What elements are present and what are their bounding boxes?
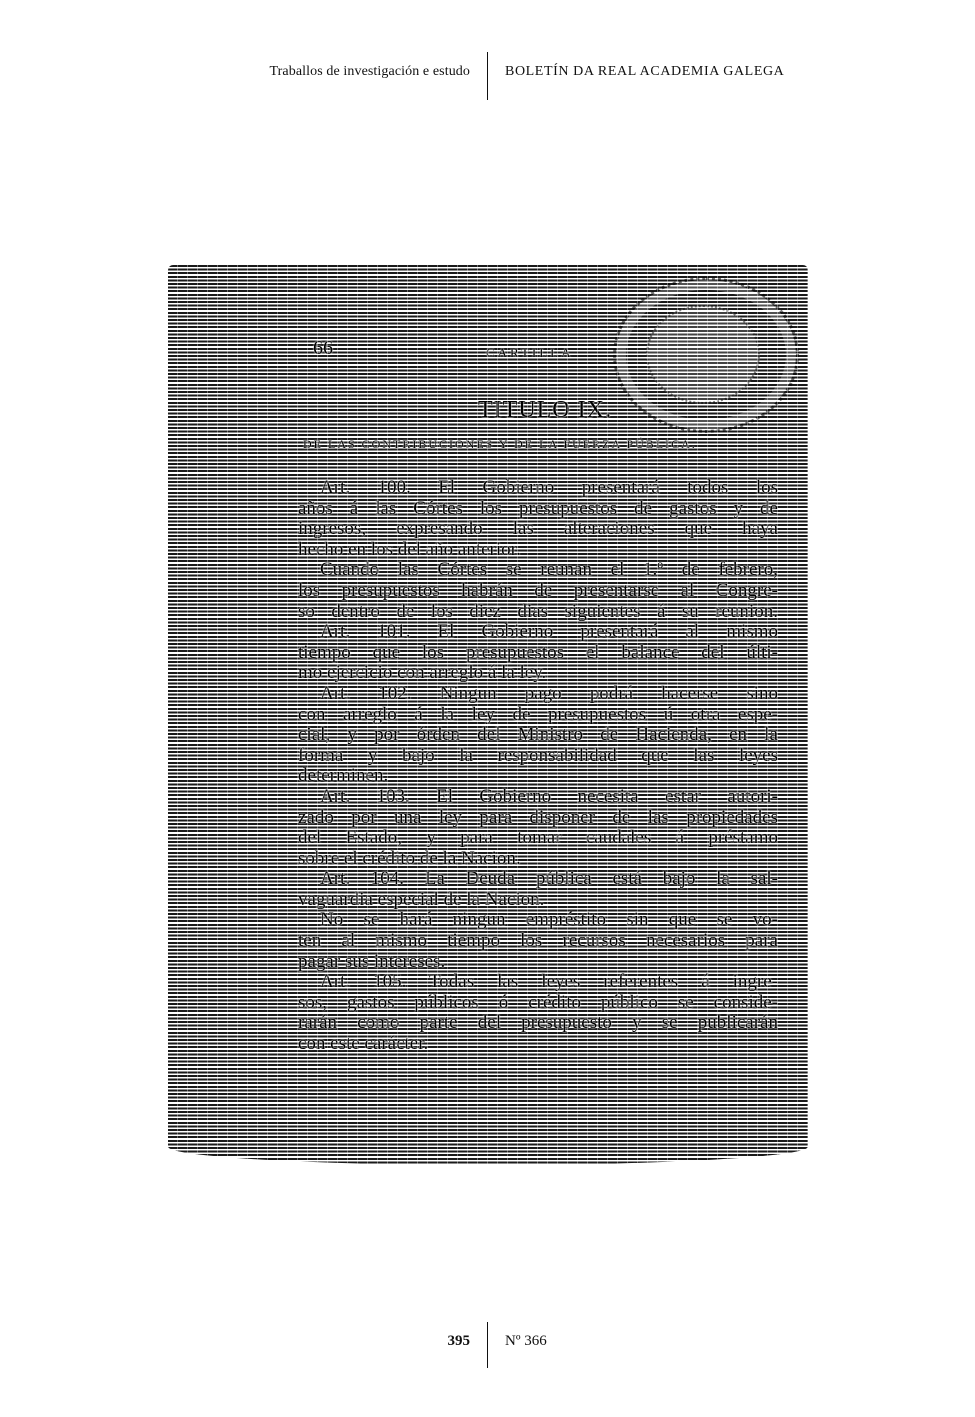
body-line: con arreglo á la ley de presupuestos ú o… (298, 705, 778, 726)
scan-page-number: 66 (313, 337, 333, 360)
body-line: ten al mismo tiempo los recursos necesar… (298, 931, 778, 952)
scan-running-head: CARTILLA (486, 345, 574, 361)
footer-divider (487, 1322, 488, 1368)
page-footer: 395 Nº 366 (0, 1322, 975, 1370)
running-header: Traballos de investigación e estudo BOLE… (0, 52, 975, 100)
section-label: Traballos de investigación e estudo (269, 64, 470, 80)
body-line: años á las Córtes los presupuestos de ga… (298, 499, 778, 520)
scan-body-text: Art. 100. El Gobierno presentará todos l… (298, 478, 778, 1055)
body-line: con este carácter. (298, 1034, 778, 1055)
scanned-page-image: 66 CARTILLA TITULO IX. DE LAS CONTRIBUCI… (168, 265, 808, 1165)
body-line: los presupuestos habrán de presentarse a… (298, 581, 778, 602)
body-line: zado por una ley para disponer de las pr… (298, 808, 778, 829)
body-line: Art. 102. Ningun pago podrá hacerse sino (298, 684, 778, 705)
body-line: so dentro de los diez dias siguientes á … (298, 602, 778, 623)
body-line: Art. 100. El Gobierno presentará todos l… (298, 478, 778, 499)
body-line: ingresos, expresando las alteraciones qu… (298, 519, 778, 540)
body-line: cial, y por órden del Ministro de Hacien… (298, 725, 778, 746)
header-divider (487, 52, 488, 100)
body-line: del Estado, y para tomar caudales á prés… (298, 828, 778, 849)
footer-issue-number: Nº 366 (505, 1333, 547, 1350)
body-line: Art. 104. La Deuda pública está bajo la … (298, 869, 778, 890)
body-line: Art. 103. El Gobierno necesita estar aut… (298, 787, 778, 808)
body-line: rarán como parte del presupuesto y se pu… (298, 1013, 778, 1034)
body-line: No se hará ningun empréstito sin que se … (298, 910, 778, 931)
body-line: tiempo que los presupuestos el balance d… (298, 643, 778, 664)
body-line: vaguardia especial de la Nacion. (298, 890, 778, 911)
body-line: determinen. (298, 766, 778, 787)
body-line: sobre el crédito de la Nacion. (298, 849, 778, 870)
body-line: mo ejercicio con arreglo á la ley. (298, 663, 778, 684)
scanned-text-layer: 66 CARTILLA TITULO IX. DE LAS CONTRIBUCI… (168, 265, 808, 1165)
body-line: hecho en los del año anterior. (298, 540, 778, 561)
body-line: forma y bajo la responsabilidad que las … (298, 746, 778, 767)
footer-page-number: 395 (448, 1333, 471, 1350)
body-line: pagar sus intereses. (298, 952, 778, 973)
body-line: Cuando las Córtes se reunan el 1.º de fe… (298, 560, 778, 581)
body-line: sos, gastos públicos ó crédito público s… (298, 993, 778, 1014)
journal-title: BOLETÍN DA REAL ACADEMIA GALEGA (505, 64, 784, 80)
body-line: Art. 105. Todas las leyes referentes á i… (298, 972, 778, 993)
scan-title: TITULO IX. (478, 397, 612, 424)
body-line: Art. 101. El Gobierno presentará al mism… (298, 622, 778, 643)
scan-subtitle: DE LAS CONTRIBUCIONES Y DE LA FUERZA PÚB… (303, 437, 697, 452)
